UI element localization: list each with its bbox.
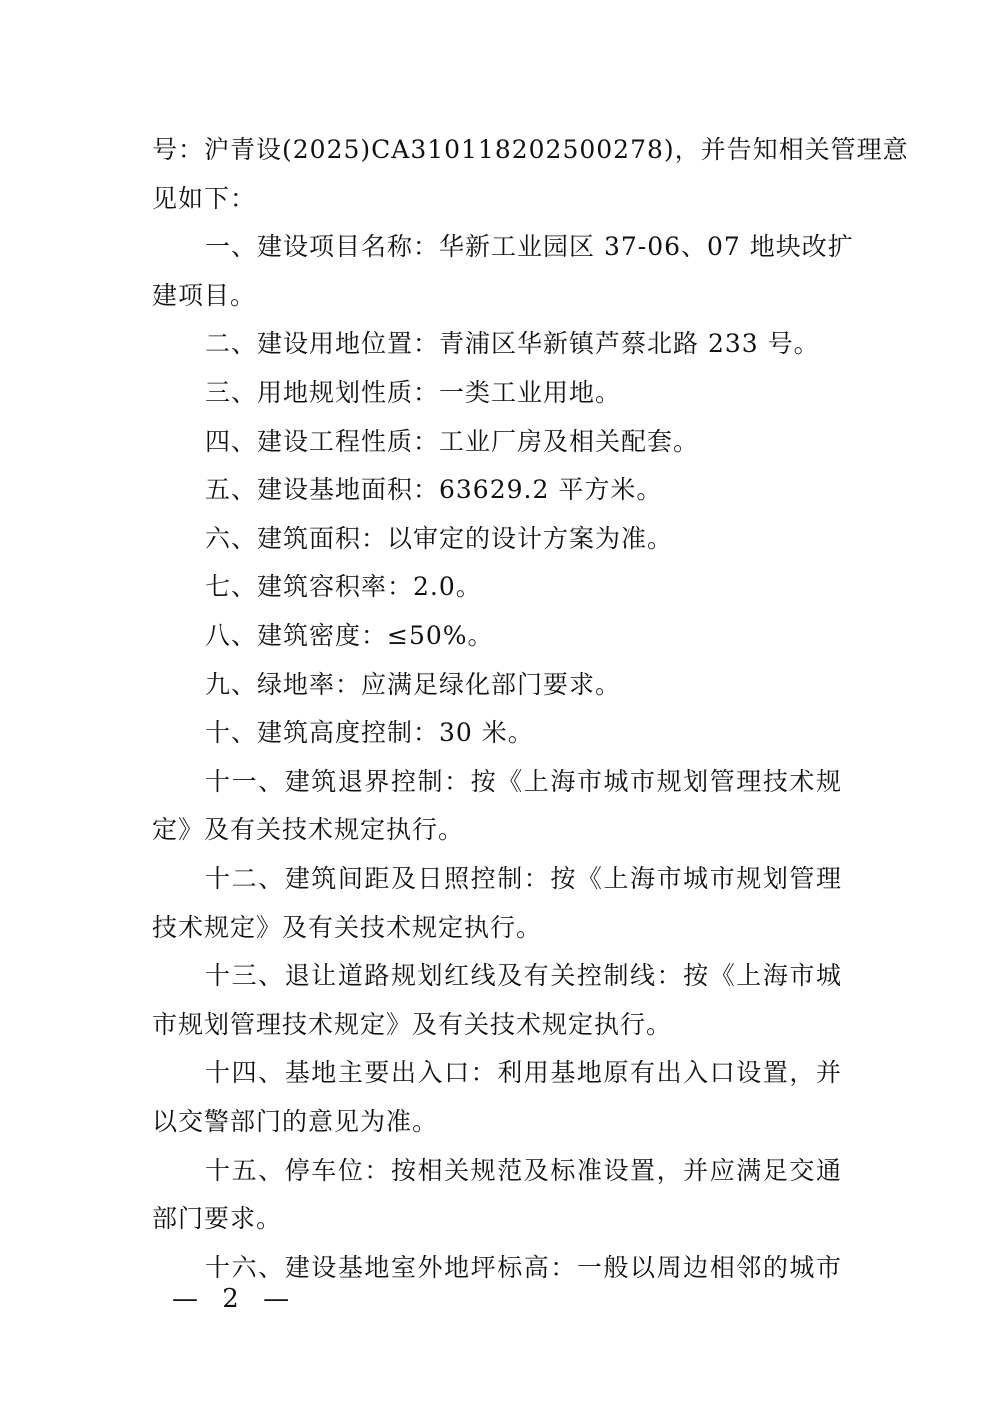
page-number: — 2 — (172, 1284, 297, 1314)
document-page: 号：沪青设(2025)CA310118202500278)，并告知相关管理意见如… (0, 0, 992, 1403)
text-line: 十六、建设基地室外地坪标高：一般以周边相邻的城市 (205, 1253, 842, 1283)
text-line: 十二、建筑间距及日照控制：按《上海市城市规划管理 (205, 864, 842, 894)
text-line: 五、建设基地面积：63629.2 平方米。 (205, 475, 842, 505)
text-line: 十四、基地主要出入口：利用基地原有出入口设置，并 (205, 1058, 842, 1088)
text-line: 十三、退让道路规划红线及有关控制线：按《上海市城 (205, 961, 842, 991)
text-line: 建项目。 (152, 281, 842, 311)
text-line: 二、建设用地位置：青浦区华新镇芦蔡北路 233 号。 (205, 329, 842, 359)
text-line: 以交警部门的意见为准。 (152, 1107, 842, 1137)
text-line: 七、建筑容积率：2.0。 (205, 572, 842, 602)
text-line: 六、建筑面积：以审定的设计方案为准。 (205, 524, 842, 554)
text-line: 一、建设项目名称：华新工业园区 37-06、07 地块改扩 (205, 232, 842, 262)
text-line: 四、建设工程性质：工业厂房及相关配套。 (205, 427, 842, 457)
text-line: 十一、建筑退界控制：按《上海市城市规划管理技术规 (205, 767, 842, 797)
text-line: 技术规定》及有关技术规定执行。 (152, 913, 842, 943)
text-line: 十、建筑高度控制：30 米。 (205, 718, 842, 748)
text-line: 三、用地规划性质：一类工业用地。 (205, 378, 842, 408)
text-line: 部门要求。 (152, 1204, 842, 1234)
text-line: 八、建筑密度：≤50%。 (205, 621, 842, 651)
text-line: 见如下： (152, 184, 842, 214)
text-line: 九、绿地率：应满足绿化部门要求。 (205, 670, 842, 700)
text-line: 号：沪青设(2025)CA310118202500278)，并告知相关管理意 (152, 135, 842, 165)
text-line: 十五、停车位：按相关规范及标准设置，并应满足交通 (205, 1156, 842, 1186)
text-line: 市规划管理技术规定》及有关技术规定执行。 (152, 1010, 842, 1040)
text-line: 定》及有关技术规定执行。 (152, 815, 842, 845)
